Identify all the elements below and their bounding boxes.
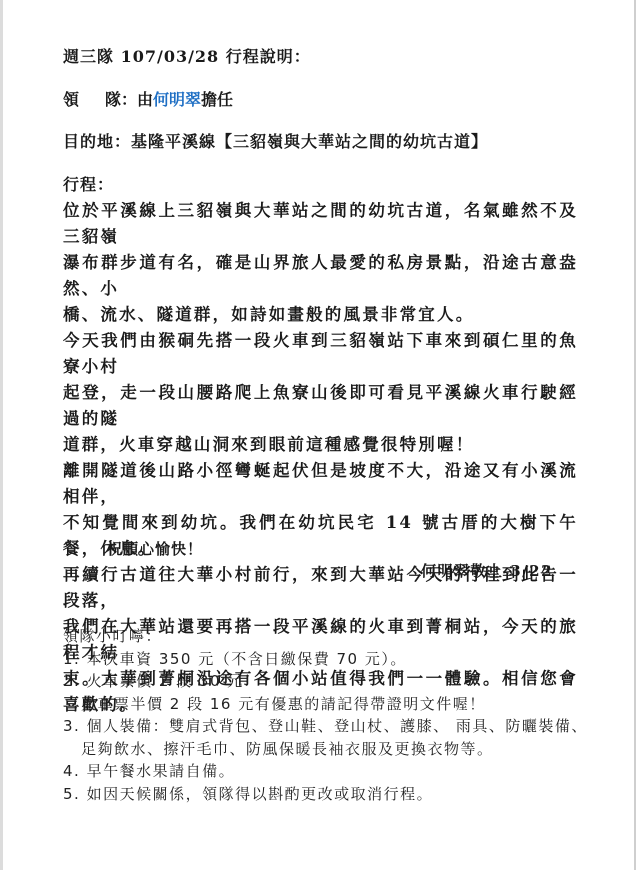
itinerary-line: 起登，走一段山腰路爬上魚寮山後即可看見平溪線火車行駛經過的隧 — [63, 380, 578, 432]
leader-line: 領隊：由何明翠擔任 — [63, 90, 233, 110]
tip-item-continuation: 足夠飲水、擦汗毛巾、防風保暖長袖衣服及更換衣物等。 — [63, 738, 588, 761]
tip-item: 1. 本次車資 350 元（不含日繳保費 70 元）。 — [63, 648, 588, 671]
destination-line: 目的地：基隆平溪線【三貂嶺與大華站之間的幼坑古道】 — [63, 132, 488, 152]
leader-name: 何明翠 — [153, 90, 201, 109]
tip-item: 5. 如因天候關係，領隊得以斟酌更改或取消行程。 — [63, 783, 588, 806]
document-title: 週三隊 107/03/28 行程說明： — [63, 47, 311, 67]
page-edge-left — [0, 0, 3, 870]
signature: 何明翠敬上 3/22 — [421, 560, 553, 581]
itinerary-line: 橋、流水、隧道群，如詩如畫般的風景非常宜人。 — [63, 302, 578, 328]
leader-label-a: 領 — [63, 90, 79, 109]
tip-item: 2. 火車票價 2 段 30 元 — [63, 670, 588, 693]
tips-title: 領隊小叮嚀： — [63, 625, 588, 648]
leader-tips: 領隊小叮嚀： 1. 本次車資 350 元（不含日繳保費 70 元）。 2. 火車… — [63, 625, 588, 805]
itinerary-line: 今天我們由猴硐先搭一段火車到三貂嶺站下車來到碩仁里的魚寮小村 — [63, 328, 578, 380]
greeting: 祝順心愉快！ — [107, 538, 203, 559]
leader-suffix: 擔任 — [201, 90, 233, 109]
itinerary-line: 瀑布群步道有名，確是山界旅人最愛的私房景點，沿途古意盎然、小 — [63, 250, 578, 302]
leader-label-b: 隊：由 — [105, 90, 153, 109]
tip-item-continuation: 火車票半價 2 段 16 元有優惠的請記得帶證明文件喔！ — [63, 693, 588, 716]
tip-item: 3. 個人裝備：雙肩式背包、登山鞋、登山杖、護膝、 雨具、防曬裝備、 — [63, 715, 588, 738]
itinerary-line: 道群，火車穿越山洞來到眼前這種感覺很特別喔！ — [63, 432, 578, 458]
itinerary-line: 離開隧道後山路小徑彎蜒起伏但是坡度不大，沿途又有小溪流相伴， — [63, 458, 578, 510]
tip-item: 4. 早午餐水果請自備。 — [63, 760, 588, 783]
itinerary-line: 位於平溪線上三貂嶺與大華站之間的幼坑古道，名氣雖然不及三貂嶺 — [63, 198, 578, 250]
itinerary-heading: 行程： — [63, 175, 114, 195]
